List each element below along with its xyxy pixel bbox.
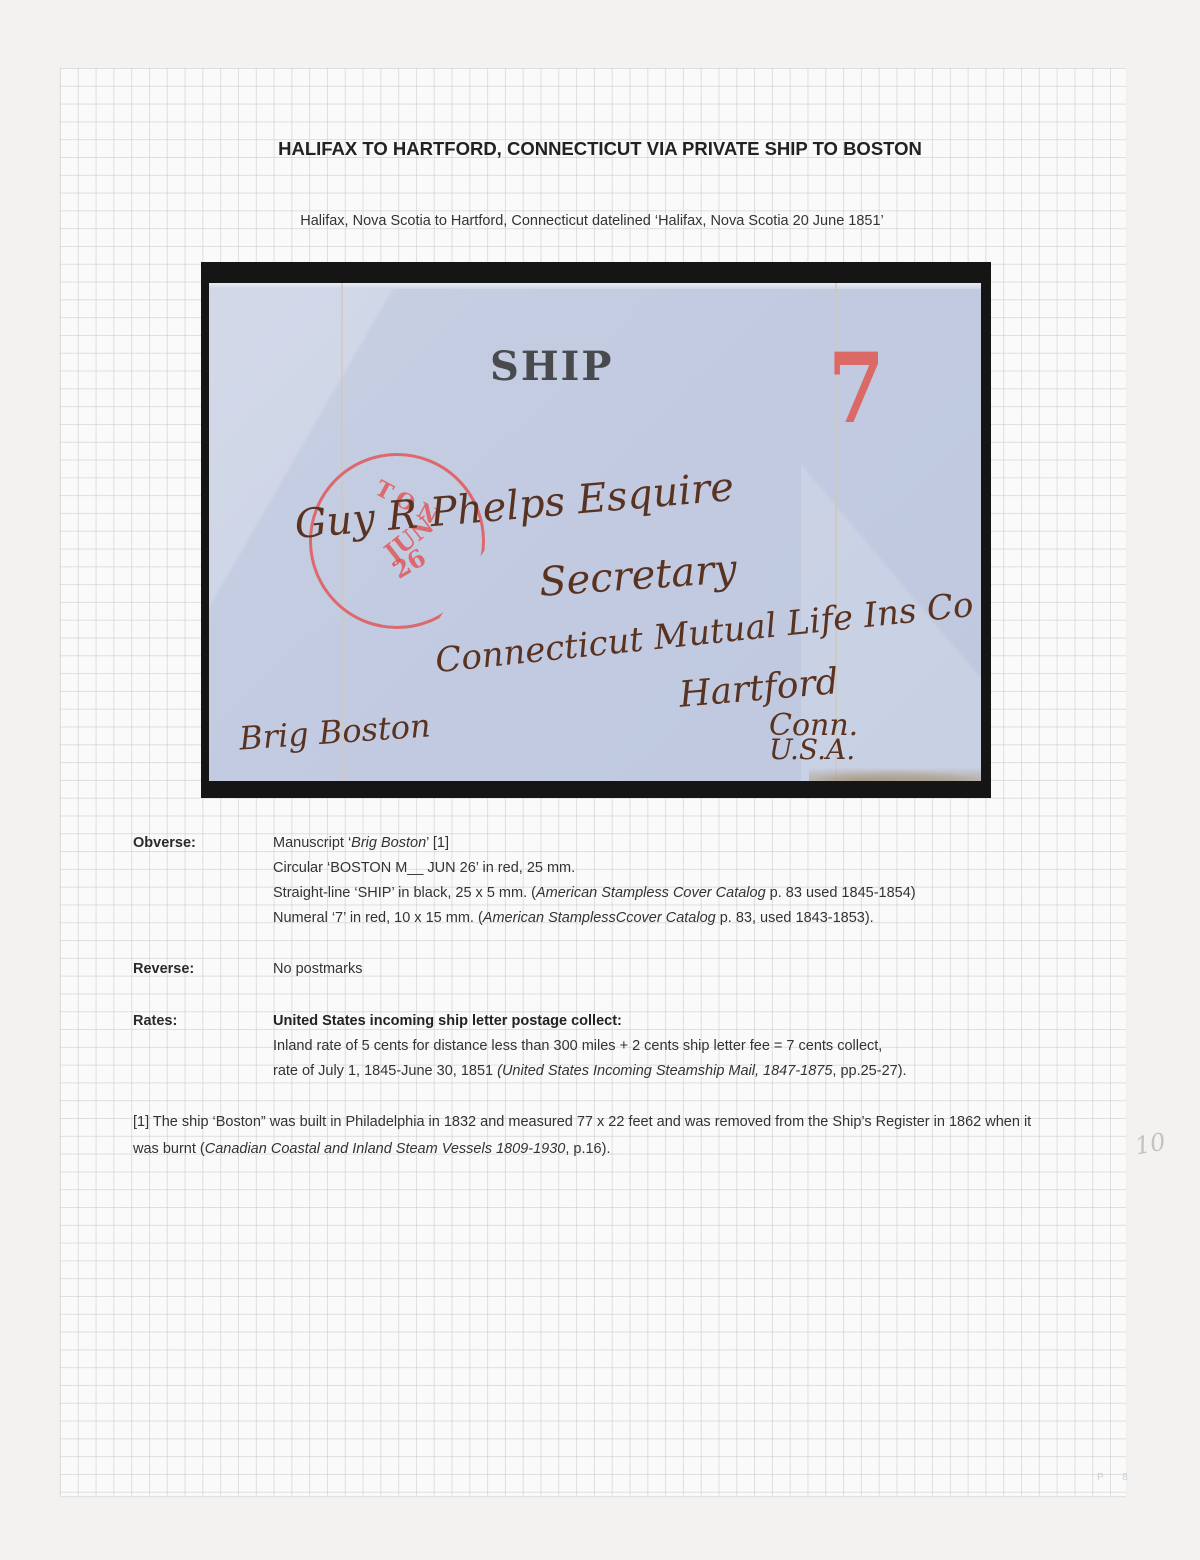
obverse-line: Numeral ‘7’ in red, 10 x 15 mm. (America… xyxy=(273,906,1033,931)
obverse-line: Manuscript ‘Brig Boston’ [1] xyxy=(273,831,1033,856)
rates-line-1: Inland rate of 5 cents for distance less… xyxy=(273,1034,1033,1059)
address-line-country: U.S.A. xyxy=(769,733,855,766)
cover-top-edge xyxy=(209,283,981,289)
address-line-title: Secretary xyxy=(538,546,739,606)
rates-label: Rates: xyxy=(133,1009,177,1034)
obverse-lines: Manuscript ‘Brig Boston’ [1] Circular ‘B… xyxy=(273,831,1033,931)
rates-heading: United States incoming ship letter posta… xyxy=(273,1009,1033,1034)
pencil-page-number: 10 xyxy=(1133,1128,1168,1161)
stampless-cover-image: SHIP 7 TON JUN 26 Guy R Phelps Esquire S… xyxy=(209,283,981,781)
page-subtitle: Halifax, Nova Scotia to Hartford, Connec… xyxy=(0,213,1184,229)
obverse-label: Obverse: xyxy=(133,831,196,856)
footnote: [1] The ship ‘Boston” was built in Phila… xyxy=(133,1109,1053,1163)
cover-edge-stain xyxy=(809,767,981,781)
rate-numeral-handstamp: 7 xyxy=(828,341,885,437)
page-title: HALIFAX TO HARTFORD, CONNECTICUT VIA PRI… xyxy=(0,138,1200,160)
rates-line-2: rate of July 1, 1845-June 30, 1851 (Unit… xyxy=(273,1059,1033,1084)
ship-handstamp: SHIP xyxy=(490,343,613,390)
reverse-text: No postmarks xyxy=(273,957,1033,982)
obverse-line: Straight-line ‘SHIP’ in black, 25 x 5 mm… xyxy=(273,881,1033,906)
reverse-label: Reverse: xyxy=(133,957,194,982)
obverse-line: Circular ‘BOSTON M__ JUN 26’ in red, 25 … xyxy=(273,856,1033,881)
sheet-page-code: P 8 xyxy=(1097,1472,1136,1483)
